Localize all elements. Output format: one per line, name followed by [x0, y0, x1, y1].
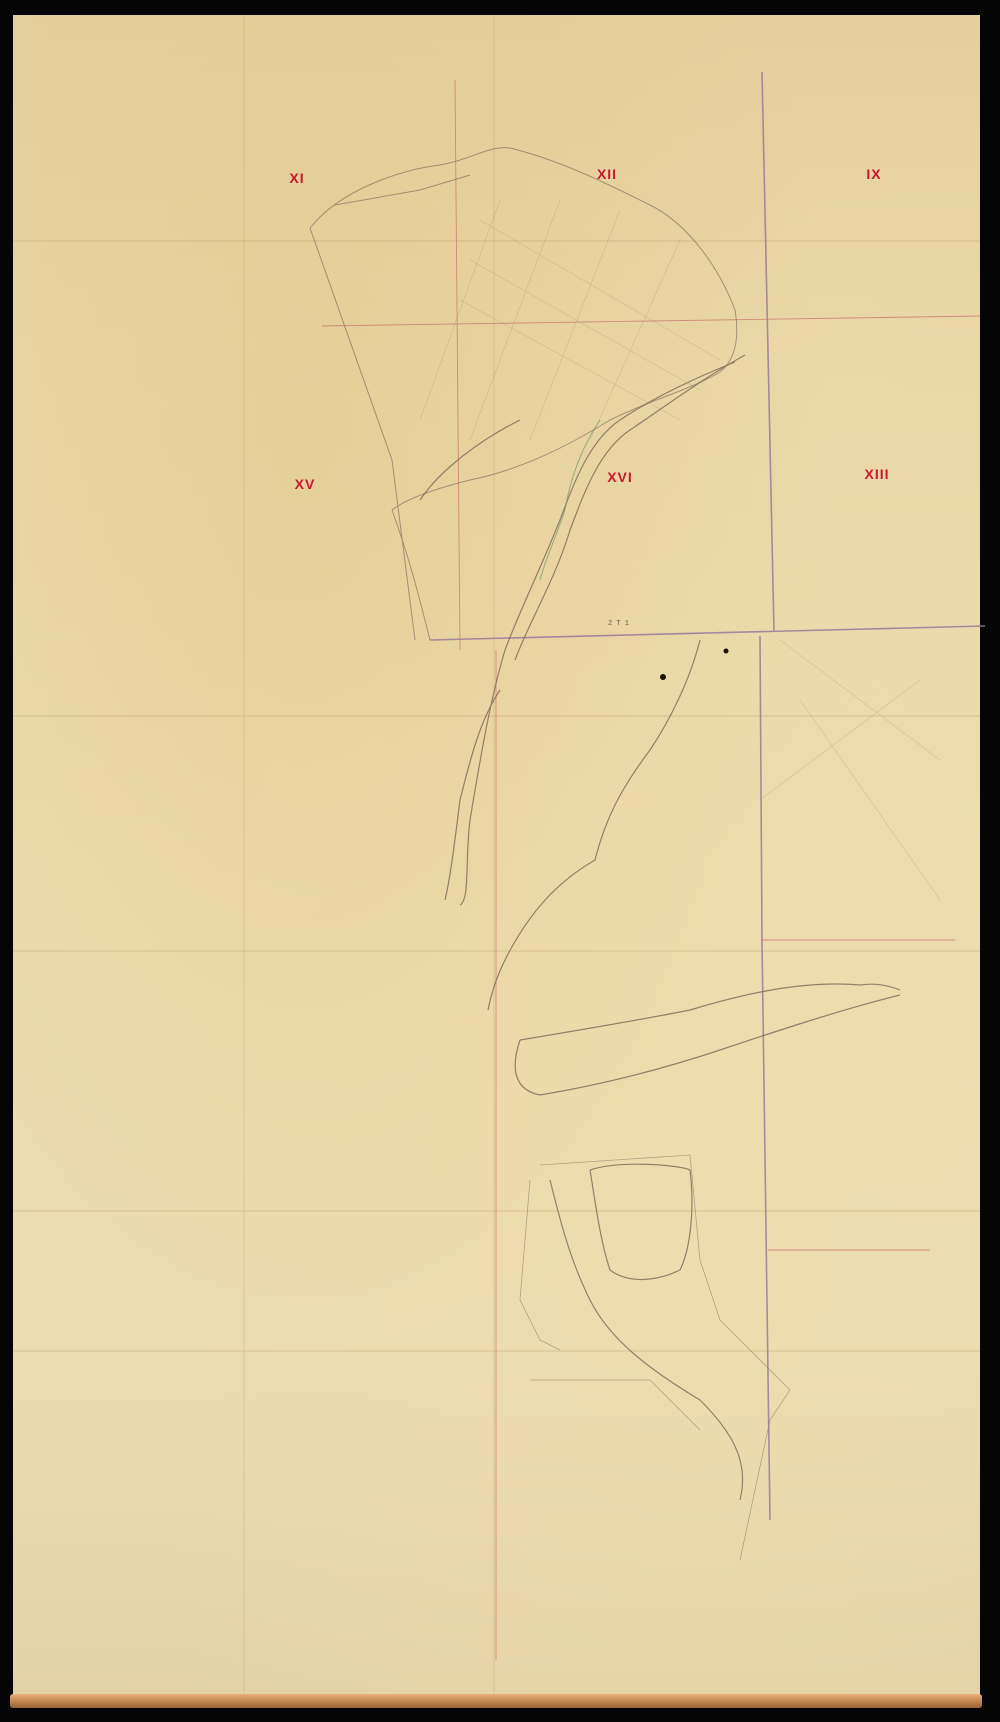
survey-lines — [322, 80, 980, 1660]
parcel-annotation: 2 T 1 — [608, 620, 629, 628]
tract-outlines — [310, 148, 737, 640]
ink-spot — [724, 649, 729, 654]
district-label-xiii: XIII — [864, 466, 889, 482]
district-label-ix: IX — [866, 166, 881, 182]
lower-tract — [520, 1155, 790, 1560]
ink-spot — [660, 674, 666, 680]
district-label-xvi: XVI — [607, 469, 633, 485]
rivers — [420, 355, 900, 1500]
bottom-roller — [10, 1694, 982, 1708]
parcel-grid — [420, 200, 940, 900]
map-linework — [0, 0, 1000, 1722]
district-boundaries — [430, 72, 985, 1520]
district-label-xii: XII — [597, 166, 617, 182]
district-label-xv: XV — [295, 476, 316, 492]
green-channel — [540, 420, 600, 580]
district-label-xi: XI — [289, 170, 304, 186]
